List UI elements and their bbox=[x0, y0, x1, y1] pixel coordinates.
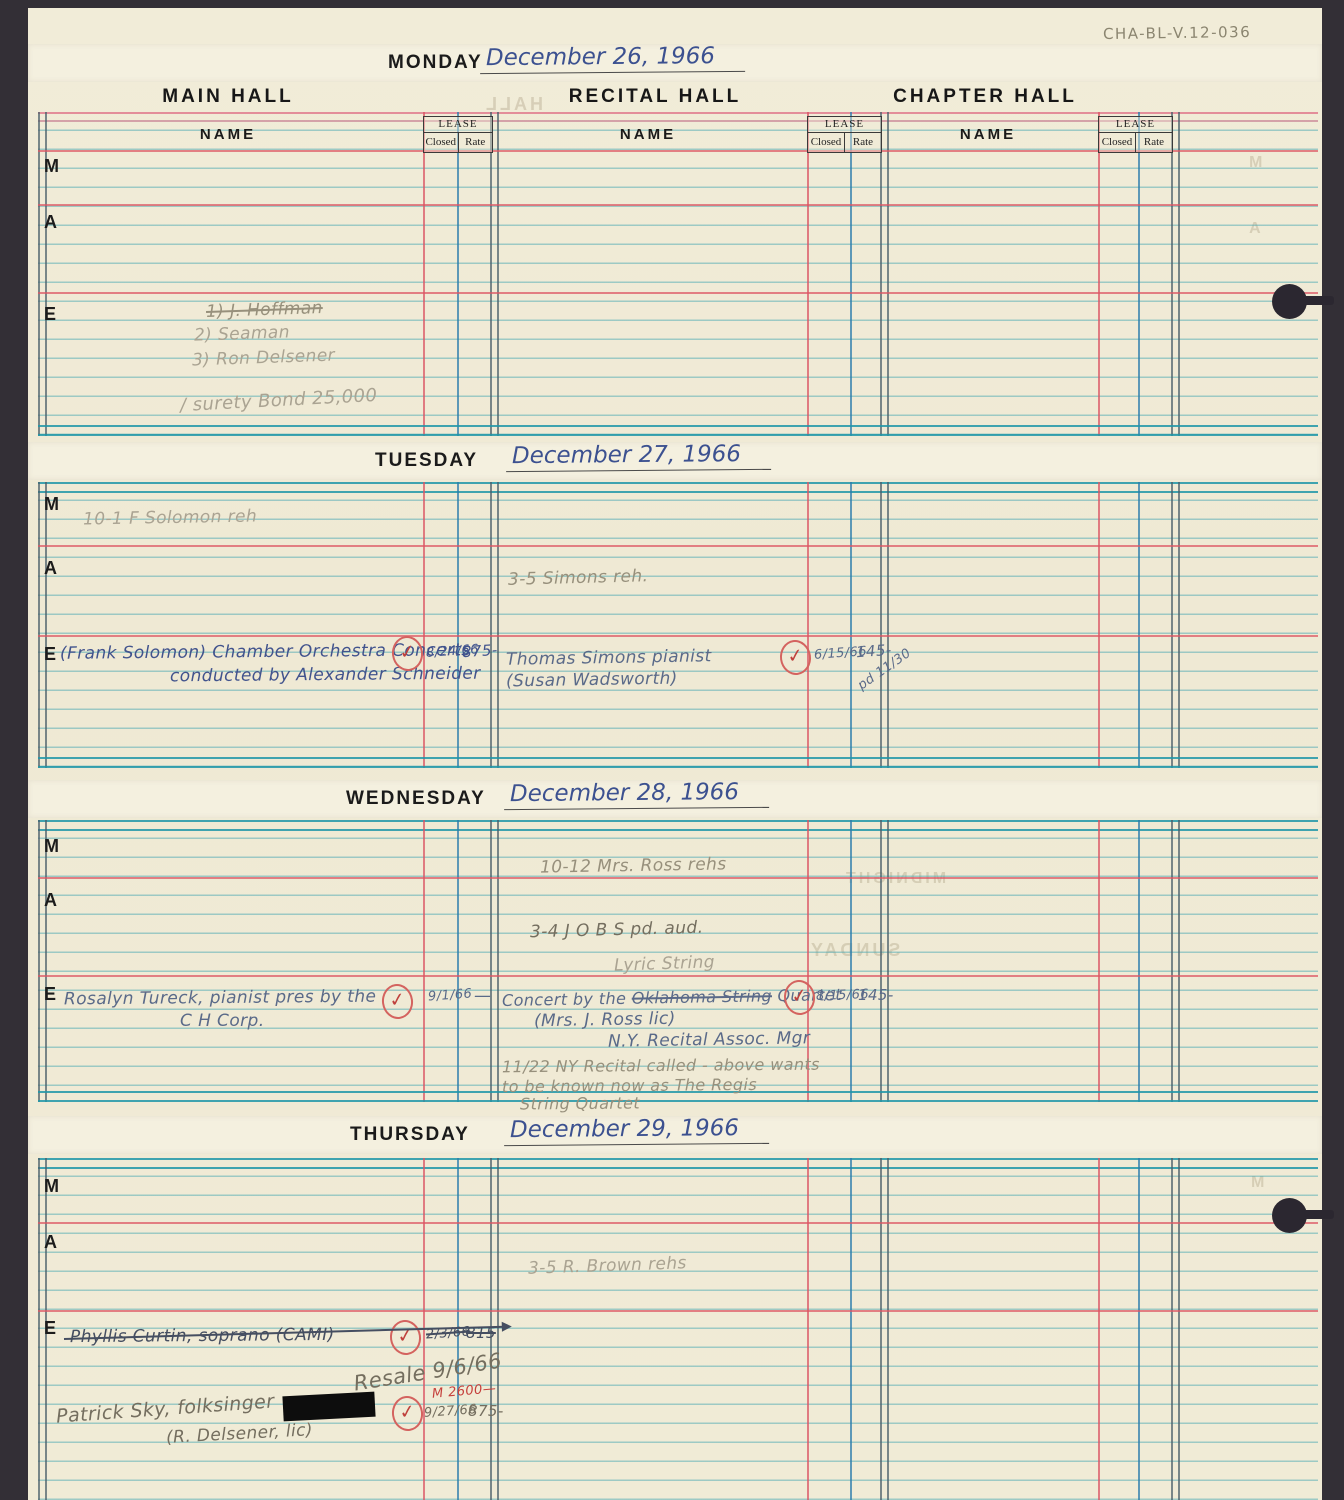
hole-punch bbox=[1272, 1198, 1307, 1233]
lease-rate-label: Rate bbox=[459, 133, 493, 152]
column-line bbox=[1098, 820, 1100, 1102]
column-line bbox=[490, 482, 499, 768]
column-line bbox=[423, 482, 425, 768]
column-line bbox=[807, 112, 809, 436]
hall-title-main: MAIN HALL bbox=[162, 86, 293, 108]
grid-top-line bbox=[38, 820, 1318, 831]
row-label-evening: E bbox=[44, 304, 56, 325]
column-line bbox=[1098, 482, 1100, 768]
column-line bbox=[457, 482, 459, 768]
name-column-header: NAME bbox=[620, 126, 676, 143]
booking-entry: Thomas Simons pianist bbox=[506, 646, 712, 670]
redaction-box bbox=[282, 1392, 375, 1422]
lease-closed-date: 9/1/66 bbox=[428, 986, 473, 1004]
column-line bbox=[1098, 1158, 1100, 1500]
lease-label: LEASE bbox=[424, 117, 492, 133]
ledger-grid-monday: M A E bbox=[38, 112, 1318, 436]
booking-entry: C H Corp. bbox=[180, 1011, 265, 1031]
column-line bbox=[490, 112, 499, 436]
column-line bbox=[423, 112, 425, 436]
row-label-afternoon: A bbox=[44, 1232, 57, 1253]
column-line bbox=[1098, 112, 1100, 436]
column-line bbox=[880, 112, 889, 436]
column-line bbox=[1171, 112, 1180, 436]
lease-label: LEASE bbox=[1099, 117, 1172, 133]
day-band-monday: MONDAY December 26, 1966 bbox=[28, 44, 1322, 82]
grid-top-line bbox=[38, 1158, 1318, 1169]
column-line bbox=[423, 820, 425, 1102]
row-label-evening: E bbox=[44, 984, 56, 1005]
entry-text: Concert by the bbox=[502, 989, 632, 1010]
column-line bbox=[457, 112, 459, 436]
lease-closed-label: Closed bbox=[424, 133, 459, 152]
booking-entry: (Susan Wadsworth) bbox=[506, 669, 678, 692]
row-label-afternoon: A bbox=[44, 890, 57, 911]
row-line bbox=[38, 545, 1318, 547]
booking-entry: (Mrs. J. Ross lic) bbox=[534, 1009, 676, 1031]
column-line bbox=[1138, 820, 1140, 1102]
row-label-morning: M bbox=[44, 1176, 59, 1197]
booking-entry: conducted by Alexander Schneider bbox=[170, 664, 481, 687]
lease-header-main: LEASE Closed Rate bbox=[423, 116, 493, 153]
column-line bbox=[880, 820, 889, 1102]
lease-header-chapter: LEASE Closed Rate bbox=[1098, 116, 1173, 153]
booking-note: String Quartet bbox=[520, 1093, 640, 1113]
booking-entry: 2) Seaman bbox=[194, 322, 291, 345]
row-label-morning: M bbox=[44, 156, 59, 177]
archive-code: CHA-BL-V.12-036 bbox=[1103, 23, 1251, 43]
column-line bbox=[850, 1158, 852, 1500]
day-band-tuesday: TUESDAY December 27, 1966 bbox=[28, 442, 1322, 480]
name-column-header: NAME bbox=[200, 126, 256, 143]
column-line bbox=[490, 820, 499, 1102]
lease-closed-label: Closed bbox=[808, 133, 845, 152]
day-name: THURSDAY bbox=[350, 1124, 470, 1146]
hole-punch bbox=[1272, 284, 1307, 319]
column-line bbox=[38, 820, 47, 1102]
hall-title-chapter: CHAPTER HALL bbox=[893, 86, 1077, 108]
grid-top-line bbox=[38, 482, 1318, 493]
day-band-thursday: THURSDAY December 29, 1966 bbox=[28, 1116, 1322, 1154]
column-line bbox=[850, 112, 852, 436]
column-line bbox=[1138, 1158, 1140, 1500]
row-label-afternoon: A bbox=[44, 212, 57, 233]
column-line bbox=[457, 820, 459, 1102]
row-line bbox=[38, 877, 1318, 879]
day-band-wednesday: WEDNESDAY December 28, 1966 bbox=[28, 780, 1322, 818]
column-line bbox=[880, 1158, 889, 1500]
rehearsal-note: 10-1 F Solomon reh bbox=[83, 506, 257, 529]
row-label-evening: E bbox=[44, 644, 56, 665]
booking-entry: N.Y. Recital Assoc. Mgr bbox=[608, 1028, 811, 1052]
row-line bbox=[38, 204, 1318, 206]
row-line bbox=[38, 1222, 1318, 1224]
lease-label: LEASE bbox=[808, 117, 881, 133]
column-line bbox=[1171, 820, 1180, 1102]
column-line bbox=[1138, 482, 1140, 768]
column-line bbox=[1138, 112, 1140, 436]
lease-rate-label: Rate bbox=[1136, 133, 1172, 152]
column-line bbox=[38, 482, 47, 768]
row-label-evening: E bbox=[44, 1318, 56, 1339]
rehearsal-note: 10-12 Mrs. Ross rehs bbox=[540, 854, 727, 877]
row-label-afternoon: A bbox=[44, 558, 57, 579]
grid-bottom-line bbox=[38, 425, 1318, 436]
lease-rate: 145- bbox=[858, 986, 894, 1004]
column-line bbox=[880, 482, 889, 768]
ledger-page: CHA-BL-V.12-036 FRIDAY HALL SATURDAY MID… bbox=[28, 8, 1322, 1500]
day-date-handwritten: December 29, 1966 bbox=[504, 1115, 769, 1146]
lease-rate: — bbox=[474, 986, 491, 1006]
row-line bbox=[38, 1310, 1318, 1312]
lease-header-recital: LEASE Closed Rate bbox=[807, 116, 882, 153]
row-line bbox=[38, 975, 1318, 977]
booking-entry: Rosalyn Tureck, pianist pres by the bbox=[64, 987, 377, 1010]
column-line bbox=[1171, 1158, 1180, 1500]
grid-bottom-line bbox=[38, 757, 1318, 768]
row-label-morning: M bbox=[44, 494, 59, 515]
day-name: WEDNESDAY bbox=[346, 788, 486, 810]
booking-note: 11/22 NY Recital called - above wants bbox=[502, 1055, 820, 1077]
day-name: TUESDAY bbox=[375, 450, 478, 472]
column-line bbox=[1171, 482, 1180, 768]
row-label-morning: M bbox=[44, 836, 59, 857]
lease-closed-label: Closed bbox=[1099, 133, 1136, 152]
rehearsal-note: 3-5 Simons reh. bbox=[508, 566, 649, 590]
column-line bbox=[850, 482, 852, 768]
day-date-handwritten: December 26, 1966 bbox=[480, 43, 745, 74]
day-date-handwritten: December 28, 1966 bbox=[504, 779, 769, 810]
row-line bbox=[38, 292, 1318, 294]
lease-rate: 875- bbox=[461, 641, 498, 661]
column-line bbox=[807, 1158, 809, 1500]
day-date-handwritten: December 27, 1966 bbox=[506, 441, 771, 472]
hall-title-recital: RECITAL HALL bbox=[569, 86, 742, 108]
day-name: MONDAY bbox=[388, 52, 483, 74]
booking-entry: 1) J. Hoffman bbox=[206, 298, 323, 322]
rehearsal-note: Lyric String bbox=[614, 952, 716, 976]
column-line bbox=[850, 820, 852, 1102]
name-column-header: NAME bbox=[960, 126, 1016, 143]
lease-rate: 875- bbox=[468, 1402, 504, 1420]
struck-text: Oklahoma String bbox=[632, 986, 773, 1007]
lease-rate-label: Rate bbox=[845, 133, 881, 152]
column-line bbox=[807, 482, 809, 768]
row-line bbox=[38, 635, 1318, 637]
